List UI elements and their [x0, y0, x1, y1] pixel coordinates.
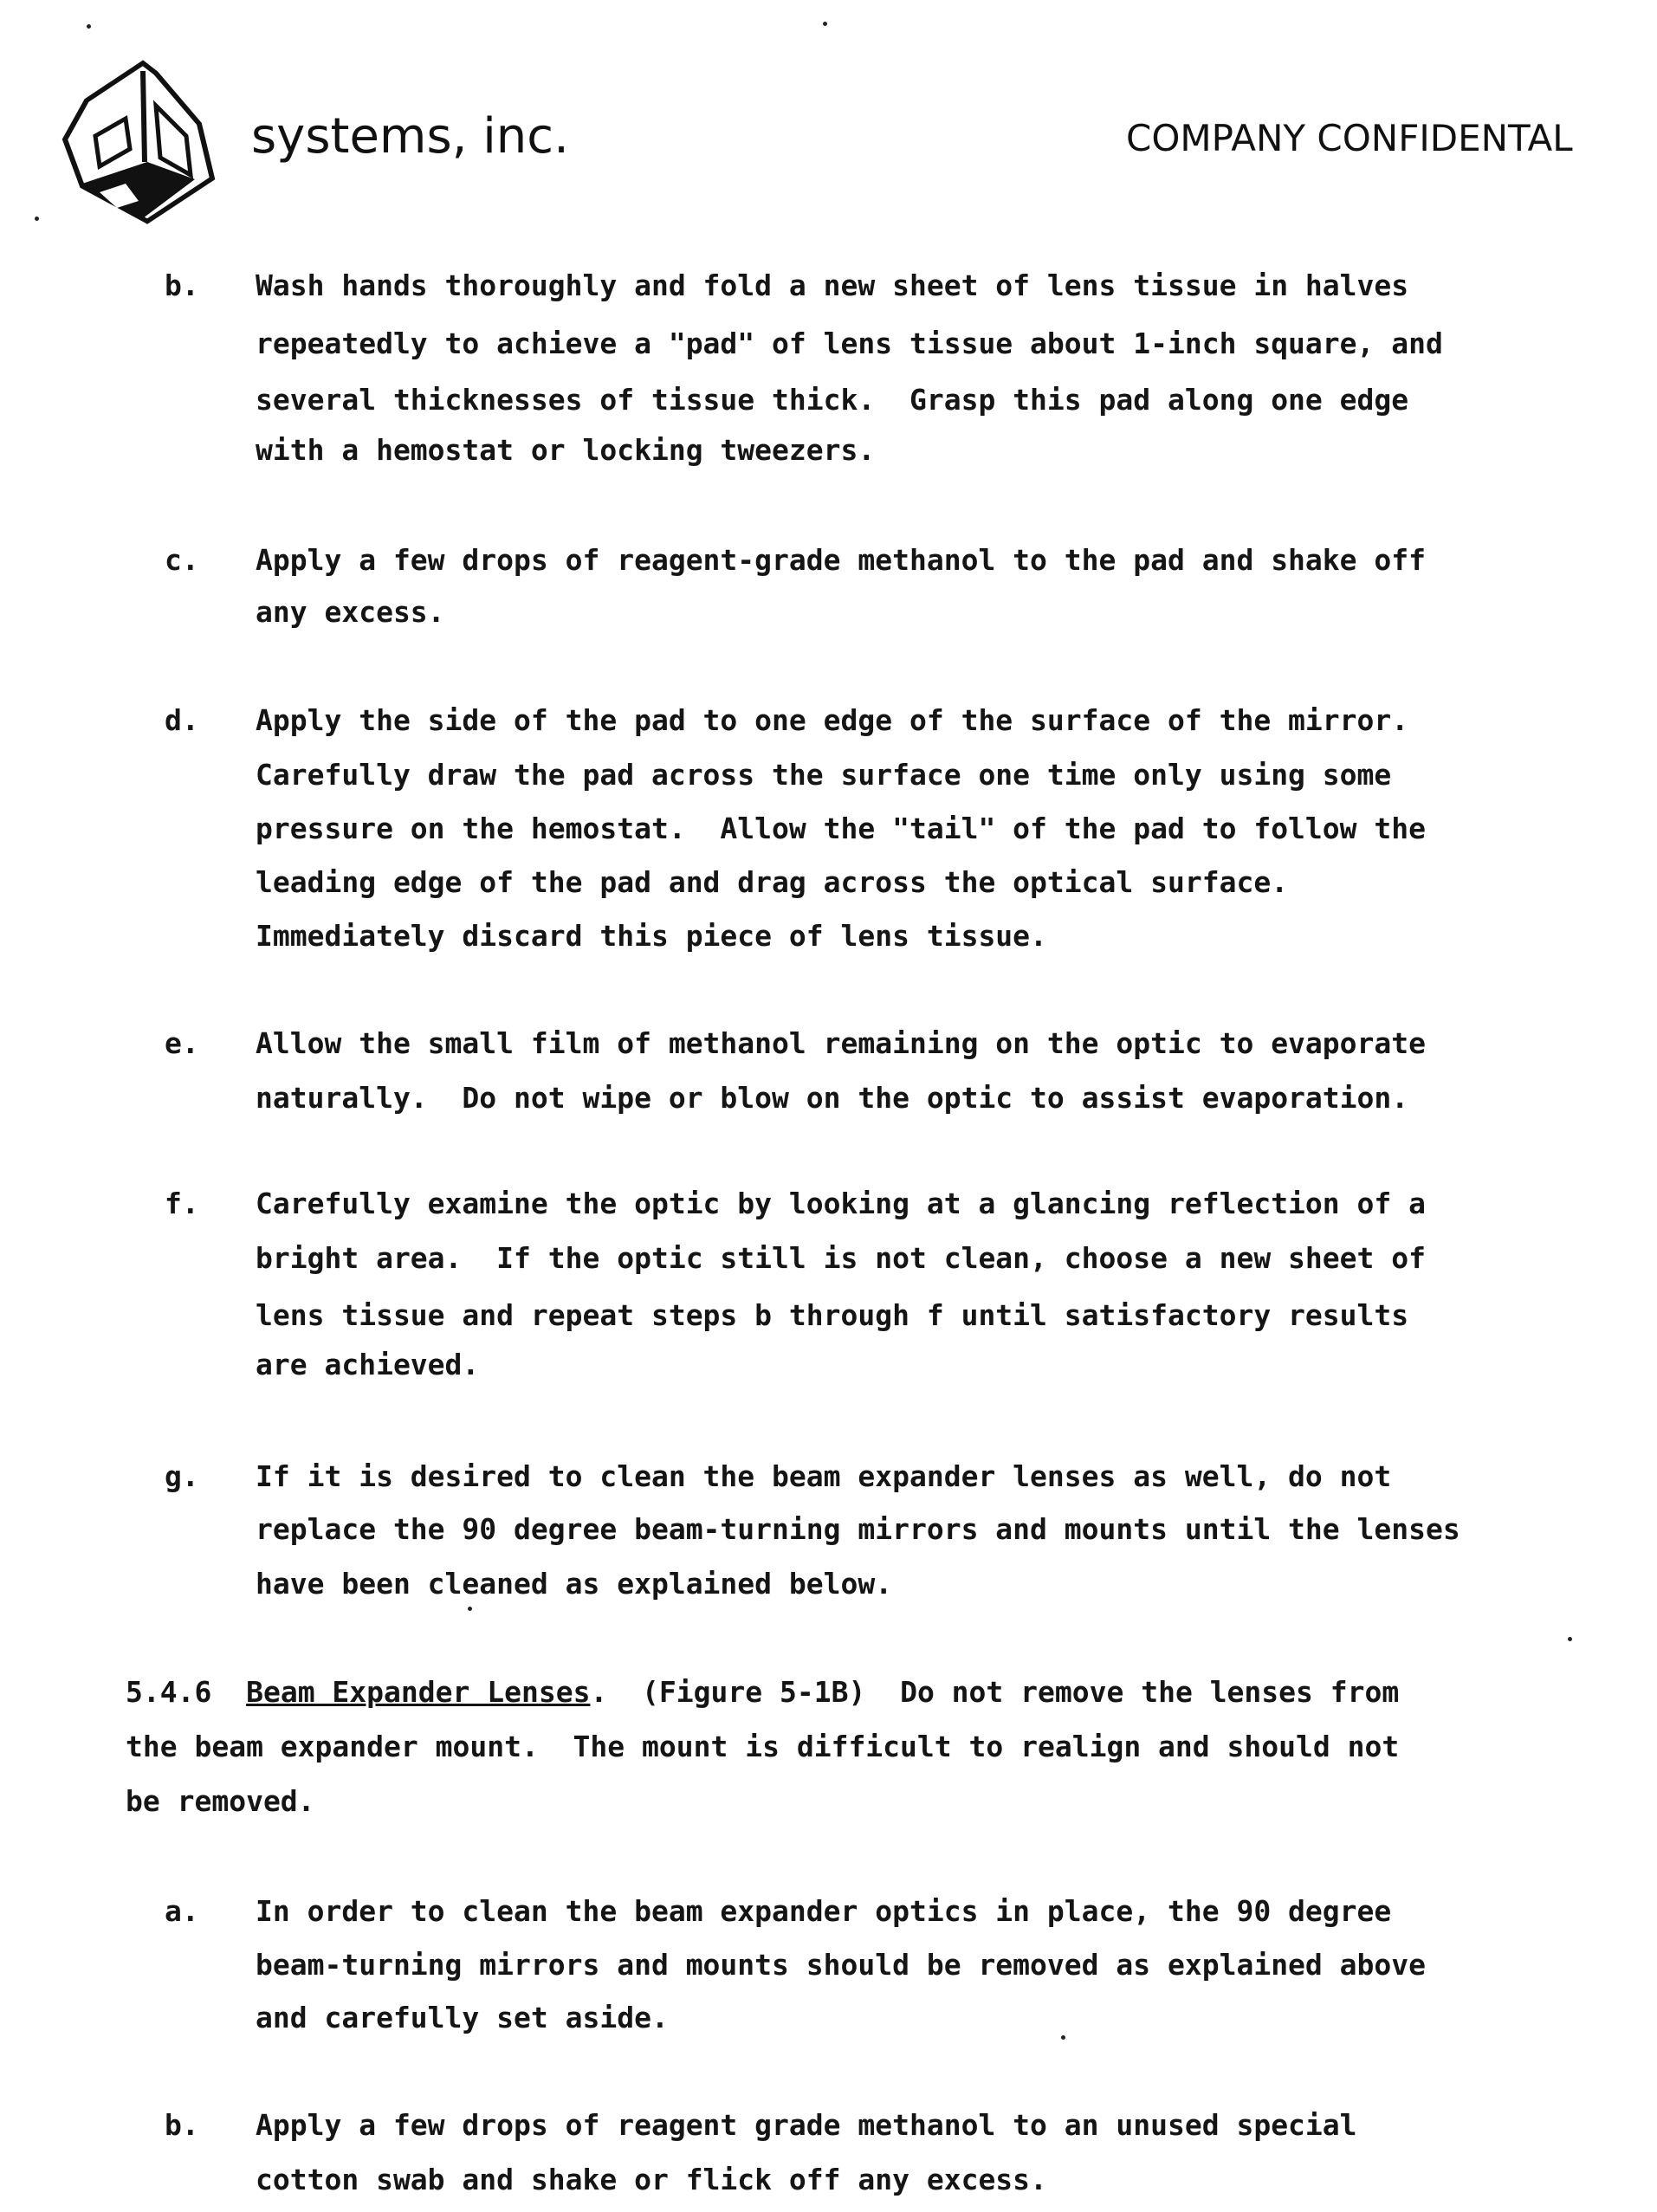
- step-text-line: with a hemostat or locking tweezers.: [256, 436, 875, 464]
- step-text-line: cotton swab and shake or flick off any e…: [256, 2165, 1047, 2194]
- step-text-line: lens tissue and repeat steps b through f…: [256, 1301, 1408, 1329]
- scan-speck: [1061, 2035, 1065, 2040]
- section-text-line: the beam expander mount. The mount is di…: [126, 1732, 1399, 1761]
- step-marker: g.: [165, 1462, 199, 1491]
- step-text-line: and carefully set aside.: [256, 2003, 669, 2032]
- step-text-line: leading edge of the pad and drag across …: [256, 868, 1288, 896]
- step-text-line: If it is desired to clean the beam expan…: [256, 1462, 1391, 1491]
- step-text-line: Apply the side of the pad to one edge of…: [256, 706, 1408, 734]
- step-text-line: Apply a few drops of reagent-grade metha…: [256, 546, 1426, 574]
- step-text-line: Carefully examine the optic by looking a…: [256, 1189, 1426, 1218]
- confidential-label: COMPANY CONFIDENTAL: [1126, 117, 1573, 159]
- step-text-line: pressure on the hemostat. Allow the "tai…: [256, 814, 1426, 843]
- scan-speck: [823, 22, 827, 26]
- step-text-line: several thicknesses of tissue thick. Gra…: [256, 385, 1408, 414]
- step-text-line: naturally. Do not wipe or blow on the op…: [256, 1083, 1408, 1112]
- scan-speck: [468, 1607, 472, 1611]
- section-text: . (Figure 5-1B) Do not remove the lenses…: [590, 1675, 1399, 1709]
- step-marker: d.: [165, 706, 199, 734]
- step-text-line: Apply a few drops of reagent grade metha…: [256, 2111, 1357, 2139]
- section-heading-line: 5.4.6 Beam Expander Lenses. (Figure 5-1B…: [126, 1678, 1399, 1706]
- step-text-line: repeatedly to achieve a "pad" of lens ti…: [256, 329, 1443, 358]
- step-text-line: In order to clean the beam expander opti…: [256, 1897, 1391, 1925]
- step-text-line: Allow the small film of methanol remaini…: [256, 1029, 1426, 1057]
- step-text-line: beam-turning mirrors and mounts should b…: [256, 1950, 1426, 1979]
- step-marker: c.: [165, 546, 199, 574]
- step-text-line: bright area. If the optic still is not c…: [256, 1244, 1426, 1272]
- cube-logo-icon: [48, 54, 247, 227]
- step-marker: a.: [165, 1897, 199, 1925]
- section-title: Beam Expander Lenses: [246, 1675, 590, 1709]
- step-marker: b.: [165, 2111, 199, 2139]
- step-text-line: are achieved.: [256, 1350, 479, 1379]
- step-text-line: Carefully draw the pad across the surfac…: [256, 760, 1391, 789]
- scan-speck: [87, 24, 91, 29]
- step-text-line: Wash hands thoroughly and fold a new she…: [256, 271, 1408, 300]
- step-text-line: have been cleaned as explained below.: [256, 1569, 892, 1598]
- section-text-line: be removed.: [126, 1787, 315, 1815]
- step-text-line: any excess.: [256, 598, 445, 626]
- scan-speck: [1568, 1637, 1572, 1641]
- scan-speck: [35, 217, 39, 221]
- step-marker: e.: [165, 1029, 199, 1057]
- step-marker: b.: [165, 271, 199, 300]
- step-text-line: Immediately discard this piece of lens t…: [256, 922, 1047, 950]
- step-text-line: replace the 90 degree beam-turning mirro…: [256, 1515, 1460, 1543]
- step-marker: f.: [165, 1189, 199, 1218]
- section-number: 5.4.6: [126, 1675, 211, 1709]
- company-name: systems, inc.: [251, 108, 569, 165]
